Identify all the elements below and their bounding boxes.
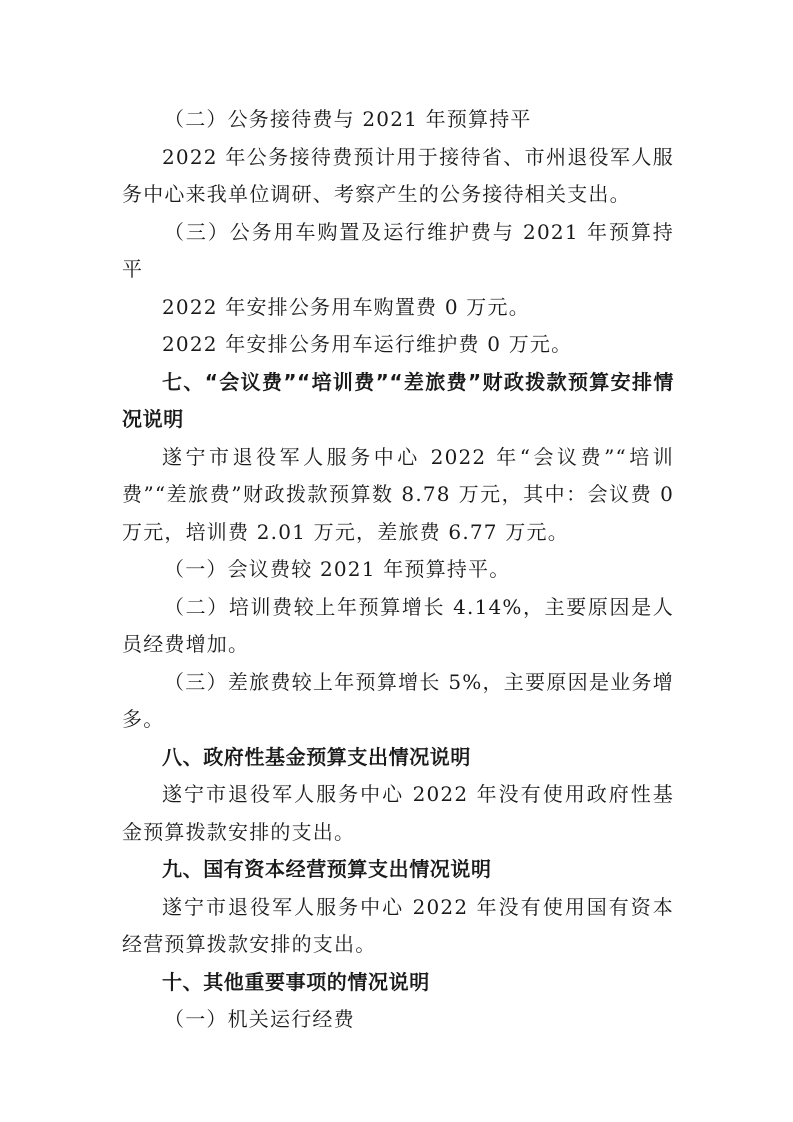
subheading-travel-fee: （三）差旅费较上年预算增长 5%，主要原因是业务增多。 (122, 664, 674, 739)
body-vehicle-maintenance: 2022 年安排公务用车运行维护费 0 万元。 (122, 326, 674, 364)
heading-section-8: 八、政府性基金预算支出情况说明 (122, 739, 674, 777)
subheading-reception-fee: （二）公务接待费与 2021 年预算持平 (122, 101, 674, 139)
subheading-training-fee: （二）培训费较上年预算增长 4.14%，主要原因是人员经费增加。 (122, 589, 674, 664)
subheading-vehicle-fee: （三）公务用车购置及运行维护费与 2021 年预算持平 (122, 214, 674, 289)
body-vehicle-purchase: 2022 年安排公务用车购置费 0 万元。 (122, 289, 674, 327)
document-page: （二）公务接待费与 2021 年预算持平 2022 年公务接待费预计用于接待省、… (122, 101, 674, 1039)
subheading-meeting-fee: （一）会议费较 2021 年预算持平。 (122, 551, 674, 589)
body-reception-fee: 2022 年公务接待费预计用于接待省、市州退役军人服务中心来我单位调研、考察产生… (122, 139, 674, 214)
heading-section-9: 九、国有资本经营预算支出情况说明 (122, 851, 674, 889)
body-section-9: 遂宁市退役军人服务中心 2022 年没有使用国有资本经营预算拨款安排的支出。 (122, 889, 674, 964)
body-section-7: 遂宁市退役军人服务中心 2022 年“会议费”“培训费”“差旅费”财政拨款预算数… (122, 439, 674, 552)
body-section-8: 遂宁市退役军人服务中心 2022 年没有使用政府性基金预算拨款安排的支出。 (122, 776, 674, 851)
subheading-operating-expense: （一）机关运行经费 (122, 1001, 674, 1039)
heading-section-10: 十、其他重要事项的情况说明 (122, 964, 674, 1002)
heading-section-7: 七、“会议费”“培训费”“差旅费”财政拨款预算安排情况说明 (122, 364, 674, 439)
